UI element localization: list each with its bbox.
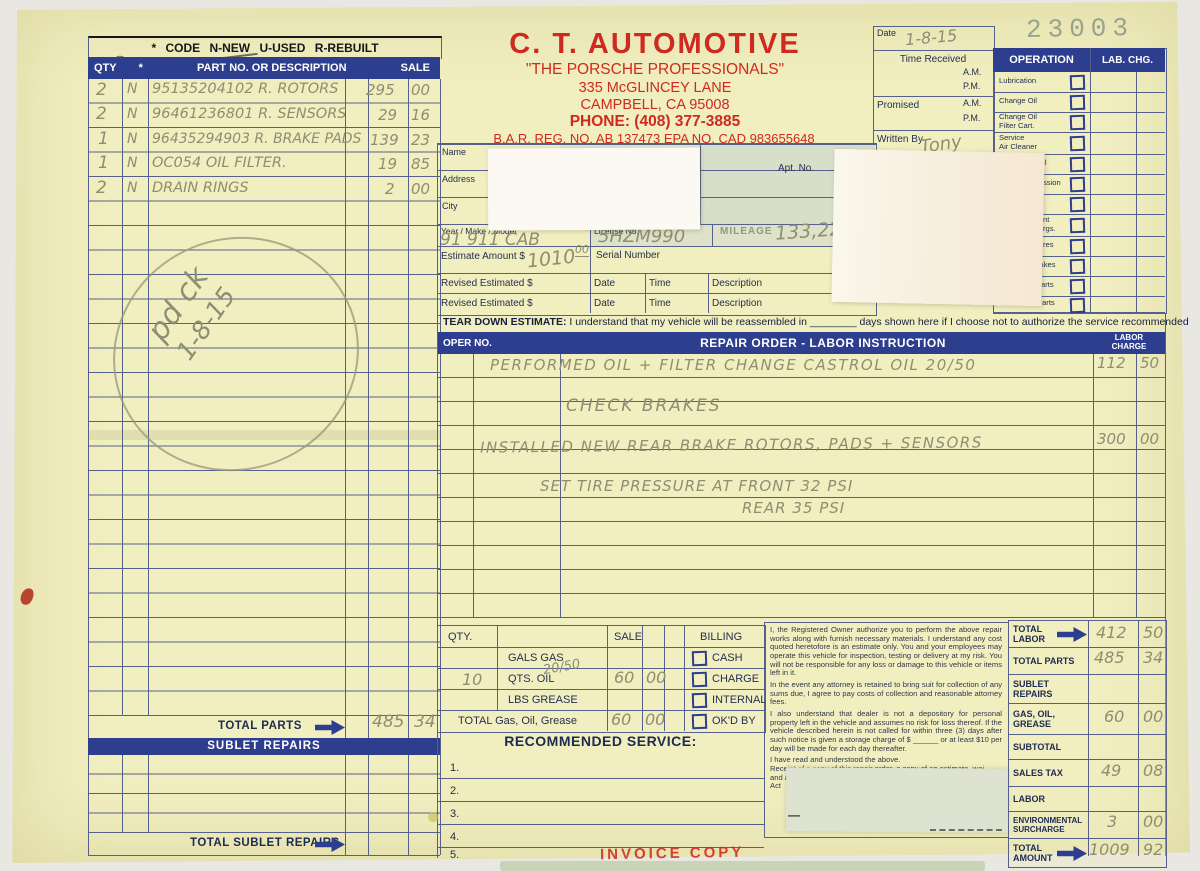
- checkbox-icon: [1070, 279, 1086, 295]
- oper-no-label: OPER NO.: [437, 338, 553, 349]
- part-qty: 2: [96, 178, 107, 198]
- signature-dash: —: [788, 808, 800, 822]
- gas-qty-value: 10: [462, 670, 482, 689]
- part-sale-dollars: 29: [378, 106, 397, 124]
- checkbox-icon: [1070, 75, 1086, 91]
- part-code: N: [127, 81, 137, 97]
- parts-header-star: *: [117, 62, 143, 74]
- date-label: Date: [877, 29, 896, 39]
- billing-option-label: CASH: [712, 652, 743, 664]
- gas-sale-header: SALE: [614, 631, 642, 643]
- operation-row-label: nt rgs.: [1043, 216, 1056, 233]
- time-received-pm: P.M.: [963, 82, 980, 92]
- ro-number: 23003: [1026, 13, 1135, 45]
- labor-line-dollars: 112: [1097, 354, 1126, 372]
- totals-row-cents: 50: [1143, 623, 1163, 642]
- revised-time-2: Time: [649, 298, 671, 309]
- revised-desc-1: Description: [712, 278, 762, 289]
- legal-paragraph: I, the Registered Owner authorize you to…: [770, 626, 1002, 678]
- operation-row-label: Lubrication: [999, 77, 1036, 86]
- totals-row-label: GAS, OIL, GREASE: [1009, 709, 1091, 730]
- part-sale-cents: 85: [411, 155, 430, 173]
- total-parts-label: TOTAL PARTS: [218, 720, 302, 732]
- gas-row-label: LBS GREASE: [508, 694, 578, 706]
- written-by-label: Written By: [877, 134, 923, 145]
- checkbox-icon: [692, 651, 708, 667]
- part-sale-dollars: 2: [385, 180, 395, 198]
- labor-line-dollars: 300: [1097, 430, 1126, 448]
- recommended-row: 3.: [437, 801, 764, 825]
- revised-time-1: Time: [649, 278, 671, 289]
- total-parts-cents: 34: [414, 712, 436, 732]
- gas-row-label: TOTAL Gas, Oil, Grease: [458, 715, 577, 727]
- part-qty: 1: [98, 129, 109, 149]
- legal-paragraph: In the event any attorney is retained to…: [770, 681, 1002, 707]
- promised-pm: P.M.: [963, 114, 980, 124]
- paper-overlay-signature: [786, 767, 1008, 833]
- labor-line-text: PERFORMED OIL + FILTER CHANGE CASTROL OI…: [490, 356, 976, 374]
- part-qty: 2: [96, 104, 107, 124]
- name-label: Name: [442, 148, 466, 158]
- teardown-label: TEAR DOWN ESTIMATE:: [443, 316, 566, 328]
- checkbox-icon: [1070, 259, 1086, 275]
- part-sale-dollars: 139: [370, 131, 399, 149]
- totals-row-cents: 00: [1143, 812, 1163, 831]
- revised-date-1: Date: [594, 278, 615, 289]
- parts-header-sale: SALE: [401, 62, 440, 74]
- part-qty: 2: [96, 80, 107, 100]
- totals-row-label: SALES TAX: [1009, 768, 1091, 778]
- revised-date-2: Date: [594, 298, 615, 309]
- checkbox-icon: [1070, 218, 1086, 234]
- part-sale-cents: 16: [411, 106, 430, 124]
- checkbox-icon: [1070, 157, 1086, 173]
- checkbox-icon: [1070, 115, 1086, 131]
- part-sale-cents: 23: [411, 131, 430, 149]
- totals-row-label: ENVIRONMENTAL SURCHARGE: [1009, 816, 1091, 834]
- promised-label: Promised: [877, 100, 919, 111]
- part-description: 96435294903 R. BRAKE PADS: [152, 131, 361, 147]
- checkbox-icon: [1070, 95, 1086, 111]
- recommended-item-number: 1.: [450, 762, 459, 774]
- part-code: N: [127, 155, 137, 171]
- recommended-row: 2.: [437, 778, 764, 802]
- revised-label-2: Revised Estimated $: [441, 298, 533, 309]
- part-sale-dollars: 19: [378, 155, 397, 173]
- parts-header-description: PART NO. OR DESCRIPTION: [143, 62, 401, 74]
- part-description: DRAIN RINGS: [152, 180, 249, 196]
- labor-line-cents: 50: [1140, 354, 1159, 372]
- part-code: N: [127, 180, 137, 196]
- labor-line-text: REAR 35 PSI: [742, 499, 845, 517]
- ymm-value: 91 911 CAB: [440, 230, 540, 250]
- gas-qty-header: QTY.: [448, 631, 472, 643]
- total-parts-dollars: 485: [372, 712, 404, 732]
- time-received-am: A.M.: [963, 68, 982, 78]
- part-code: N: [127, 131, 137, 147]
- serial-label: Serial Number: [596, 250, 660, 261]
- operation-header: OPERATION LAB. CHG.: [993, 48, 1165, 72]
- revised-desc-2: Description: [712, 298, 762, 309]
- promised-am: A.M.: [963, 99, 982, 109]
- paper-overlay-name: [488, 147, 700, 230]
- address-label: Address: [442, 175, 475, 185]
- company-address-1: 335 McGLINCEY LANE: [440, 80, 870, 96]
- totals-row-cents: 34: [1143, 648, 1163, 667]
- labor-line-text: CHECK BRAKES: [566, 396, 722, 416]
- labor-charge-header: LABOR CHARGE: [1093, 334, 1165, 352]
- operation-header-label: OPERATION: [993, 54, 1090, 66]
- totals-row-label: SUBLET REPAIRS: [1009, 679, 1091, 700]
- checkbox-icon: [1070, 197, 1086, 213]
- totals-row-dollars: 412: [1096, 623, 1127, 642]
- part-code: N: [127, 106, 137, 122]
- paper-stain: [428, 812, 438, 822]
- totals-row-cents: 00: [1143, 707, 1163, 726]
- billing-option-label: OK'D BY: [712, 715, 756, 727]
- totals-row-cents: 08: [1143, 761, 1163, 780]
- company-tagline: "THE PORSCHE PROFESSIONALS": [440, 61, 870, 79]
- signature-dotted-line: [930, 829, 1002, 831]
- recommended-item-number: 5.: [450, 849, 459, 861]
- checkbox-icon: [692, 693, 708, 709]
- totals-row-dollars: 3: [1107, 812, 1117, 831]
- checkbox-icon: [1070, 177, 1086, 193]
- part-sale-dollars: 295: [366, 81, 395, 99]
- gas-total-dollars: 60: [611, 710, 631, 729]
- time-received-label: Time Received: [873, 54, 993, 65]
- recommended-row: 1.: [437, 755, 764, 779]
- totals-row-dollars: 49: [1101, 761, 1121, 780]
- operation-row-label: ssion: [1043, 179, 1061, 188]
- part-description: OC054 OIL FILTER.: [152, 155, 287, 171]
- company-address-2: CAMPBELL, CA 95008: [440, 97, 870, 113]
- gas-total-cents: 00: [645, 710, 665, 729]
- company-phone: PHONE: (408) 377-3885: [440, 113, 870, 131]
- apt-label: Apt. No.: [778, 163, 814, 174]
- city-label: City: [442, 202, 458, 212]
- part-sale-cents: 00: [411, 180, 430, 198]
- part-sale-cents: 00: [411, 81, 430, 99]
- operation-row-label: Change Oil: [999, 97, 1037, 106]
- billing-option-label: INTERNAL: [712, 694, 766, 706]
- estimate-cents: 00: [575, 243, 589, 257]
- revised-label-1: Revised Estimated $: [441, 278, 533, 289]
- total-sublet-row: TOTAL SUBLET REPAIRS: [88, 833, 440, 855]
- operation-row-label: Change Oil Filter Cart.: [999, 113, 1037, 130]
- part-qty: 1: [98, 153, 109, 173]
- totals-row-dollars: 60: [1104, 707, 1124, 726]
- recommended-item-number: 2.: [450, 785, 459, 797]
- totals-row-label: SUBTOTAL: [1009, 742, 1091, 752]
- totals-row-label: LABOR: [1009, 794, 1091, 804]
- recommended-title: RECOMMENDED SERVICE:: [437, 733, 764, 749]
- totals-row-label: TOTAL PARTS: [1009, 656, 1091, 666]
- labor-title: REPAIR ORDER - LABOR INSTRUCTION: [553, 336, 1093, 350]
- mileage-label: MILEAGE: [720, 226, 773, 237]
- totals-row-cents: 92: [1143, 840, 1163, 859]
- parts-header-qty: QTY: [88, 62, 117, 74]
- parts-legend: * CODE N-NEW U-USED R-REBUILT: [88, 36, 442, 59]
- part-description: 95135204102 R. ROTORS: [152, 81, 338, 97]
- checkbox-icon: [692, 672, 708, 688]
- company-name: C. T. AUTOMOTIVE: [440, 28, 870, 61]
- operation-row-label: Service Air Cleaner: [999, 134, 1037, 151]
- sublet-header: SUBLET REPAIRS: [88, 738, 440, 755]
- paper-overlay-right: [831, 149, 1044, 306]
- checkbox-icon: [1070, 298, 1086, 314]
- billing-option-label: CHARGE: [712, 673, 759, 685]
- legal-paragraph: I also understand that dealer is not a d…: [770, 710, 1002, 753]
- lab-chg-header-label: LAB. CHG.: [1090, 55, 1165, 66]
- totals-row-dollars: 485: [1094, 648, 1125, 667]
- teardown-text: I understand that my vehicle will be rea…: [566, 316, 1188, 328]
- checkbox-icon: [692, 714, 708, 730]
- labor-line-cents: 00: [1140, 430, 1159, 448]
- parts-header: QTY * PART NO. OR DESCRIPTION SALE: [88, 57, 440, 79]
- estimate-label: Estimate Amount $: [441, 251, 525, 262]
- underlying-page-edge: [500, 861, 985, 871]
- operation-row-label: arts: [1041, 281, 1054, 290]
- gas-sale-dollars: 60: [614, 668, 634, 687]
- gas-billing-header: BILLING: [700, 631, 742, 643]
- checkbox-icon: [1070, 136, 1086, 152]
- sublet-grid: [88, 755, 440, 833]
- recommended-item-number: 3.: [450, 808, 459, 820]
- recommended-item-number: 4.: [450, 831, 459, 843]
- operation-row-label: res: [1043, 241, 1054, 250]
- gas-sale-cents: 00: [646, 668, 666, 687]
- part-description: 96461236801 R. SENSORS: [152, 106, 347, 122]
- checkbox-icon: [1070, 239, 1086, 255]
- labor-header: OPER NO. REPAIR ORDER - LABOR INSTRUCTIO…: [437, 332, 1165, 354]
- labor-line-text: SET TIRE PRESSURE AT FRONT 32 PSI: [540, 477, 853, 495]
- totals-row-dollars: 1009: [1089, 840, 1130, 859]
- total-parts-arrow-icon: [315, 720, 345, 735]
